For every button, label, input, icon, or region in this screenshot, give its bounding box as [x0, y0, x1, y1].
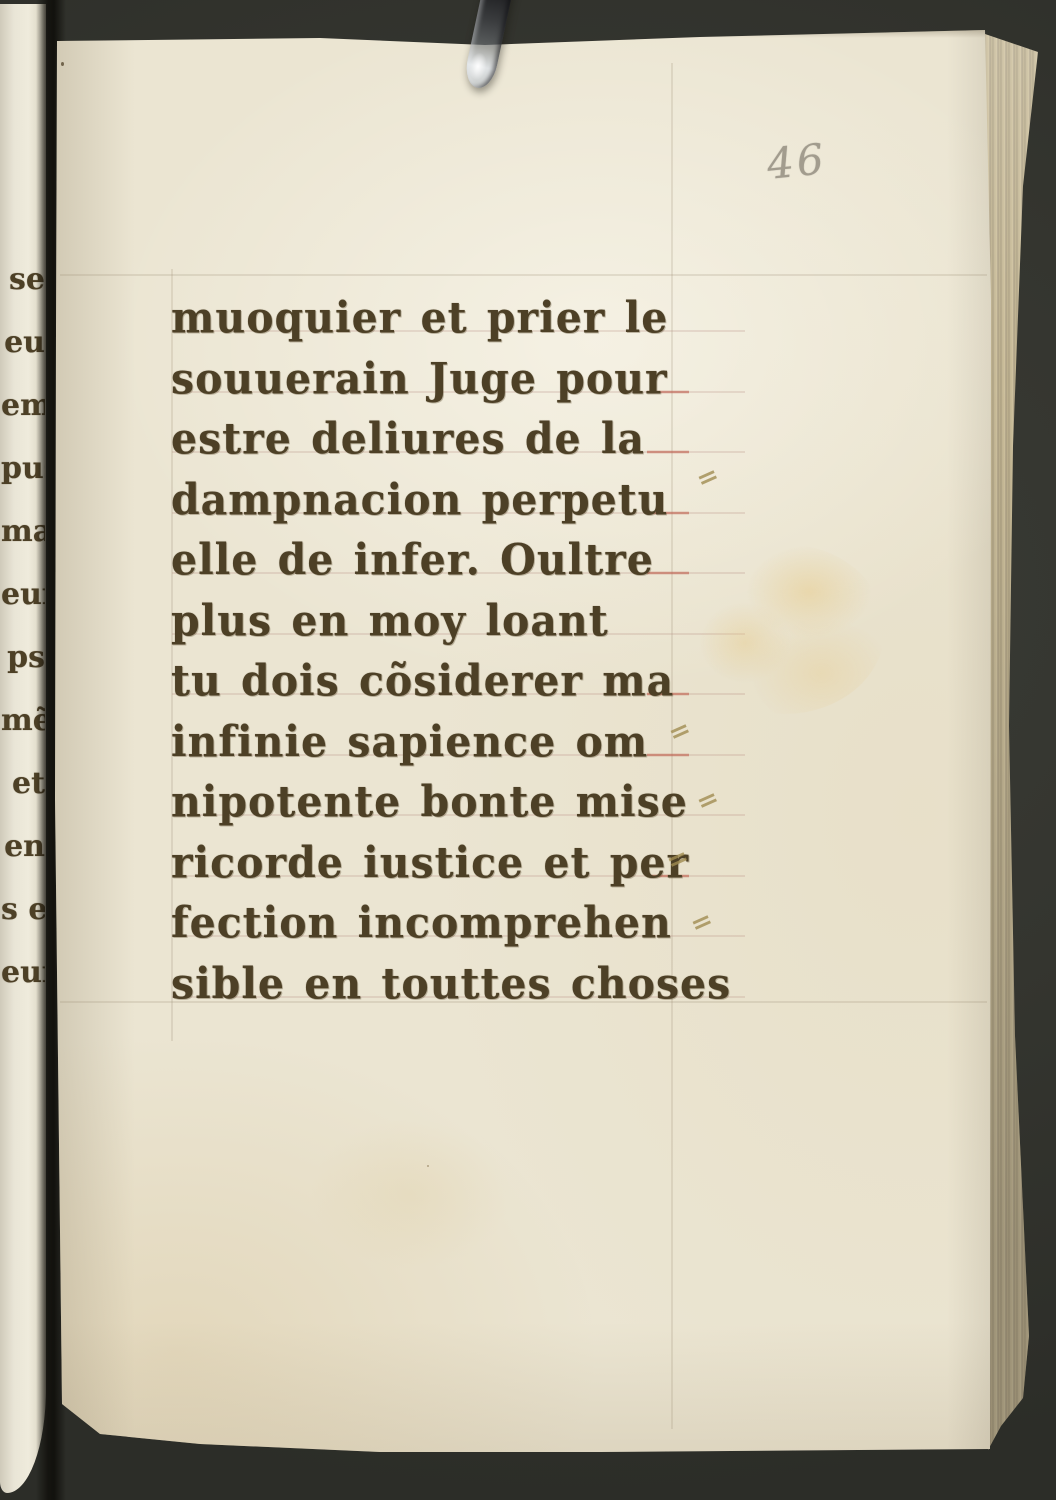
manuscript-text-line: infinie sapience om — [171, 710, 751, 773]
manuscript-text-line: sible en touttes choses — [171, 952, 751, 1015]
text-block: muoquier et prier le souuerain Juge pour… — [171, 288, 751, 1014]
parchment-stain — [310, 1119, 510, 1269]
manuscript-text-line: estre deliures de la — [171, 408, 751, 471]
folio-number: 46 — [765, 134, 829, 189]
manuscript-photo-stage: se eu emẽt pus mat eur ps mẽt et en s en… — [0, 0, 1056, 1500]
manuscript-text-line: dampnacion perpetu — [171, 468, 751, 531]
manuscript-text-line: nipotente bonte mise — [171, 771, 751, 834]
manuscript-page: 46 muoquier et prier le souuerain Juge p… — [55, 29, 992, 1452]
manuscript-text-line: muoquier et prier le — [171, 287, 751, 350]
clip-highlight — [467, 51, 489, 82]
parchment-speck — [427, 1165, 429, 1167]
manuscript-text-line: fection incomprehen — [171, 892, 751, 955]
parchment-speck — [61, 62, 64, 66]
manuscript-text-line: souuerain Juge pour — [171, 347, 751, 410]
manuscript-text-line: plus en moy loant — [171, 589, 751, 652]
manuscript-text-line: ricorde iustice et per — [171, 831, 751, 894]
manuscript-text-line: tu dois cõsiderer ma — [171, 650, 751, 713]
manuscript-text-line: elle de infer. Oultre — [171, 529, 751, 592]
